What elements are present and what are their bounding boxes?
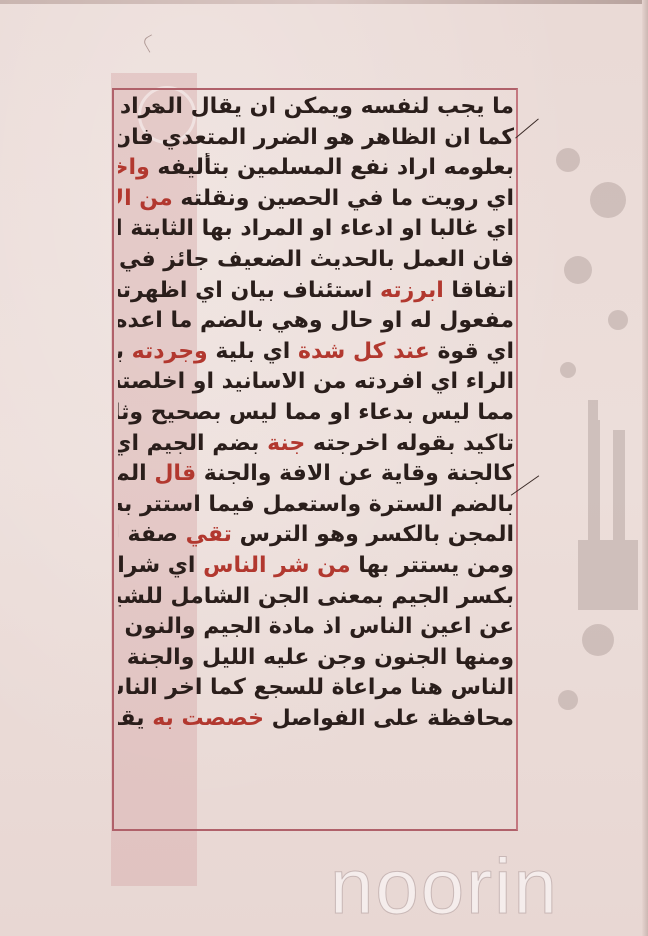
margin-pointer-line: [515, 118, 539, 138]
rubric-text: من شر الناس: [203, 553, 350, 578]
text-line: الناس هنا مراعاة للسجع كما اخر الناس في …: [118, 673, 514, 704]
body-text: الناس هنا مراعاة للسجع كما اخر الناس في …: [118, 675, 514, 700]
body-text: فان العمل بالحديث الضعيف جائز في فضائل ا…: [118, 247, 514, 272]
rubric-text: قال: [154, 461, 196, 486]
body-text: اي بلية: [208, 339, 298, 364]
body-text: بكسر الجيم بمعنى الجن الشامل للشياطين لت…: [118, 584, 514, 609]
text-line: ومن يستتر بها من شر الناس اي شرارهم والج…: [118, 551, 514, 582]
text-line: الراء اي افردته من الاسانيد او اخلصته من…: [118, 367, 514, 398]
page-top-edge: [0, 0, 648, 4]
body-text: ومن يستتر بها: [351, 553, 514, 578]
body-text: بضم الجيم اي حال كونه: [118, 431, 267, 456]
text-line: بكسر الجيم بمعنى الجن الشامل للشياطين لت…: [118, 582, 514, 613]
rubric-text: من الاحاديث الصحيحة: [118, 186, 173, 211]
rubric-text: ابرزته: [380, 278, 444, 303]
body-text: استئناف بيان اي اظهرته: [118, 278, 380, 303]
body-text: بعلومه اراد نفع المسلمين بتأليفه: [150, 155, 514, 180]
text-line: ومنها الجنون وجن عليه الليل والجنة مثلثة…: [118, 643, 514, 674]
text-line: اي رويت ما في الحصين ونقلته من الاحاديث …: [118, 184, 514, 215]
text-line: مفعول له او حال وهي بالضم ما اعده الانسا…: [118, 306, 514, 337]
body-text: كما ان الظاهر هو الضرر المتعدي فان الشيخ…: [118, 125, 514, 150]
body-text: بالضم السترة واستعمل فيما استتر به من سل…: [118, 492, 514, 517]
bleed-through-illustration: [538, 120, 648, 740]
rubric-text: واخرجته: [118, 155, 150, 180]
text-line: محافظة على الفواصل خصصت به يقال خص بكذا: [118, 704, 514, 735]
rubric-text: عند كل شدة: [298, 339, 430, 364]
body-text: المجن بالكسر وهو الترس: [232, 522, 514, 547]
body-text: مما ليس بدعاء او مما ليس بصحيح وثابت كذا…: [118, 400, 514, 425]
body-text: اي غالبا او ادعاء او المراد بها الثابتة …: [118, 216, 514, 241]
body-text: اتفاقا: [444, 278, 514, 303]
body-text: اي شرارهم والجنة: [118, 553, 203, 578]
text-line: فان العمل بالحديث الضعيف جائز في فضائل ا…: [118, 245, 514, 276]
rubric-text: تقي: [186, 522, 232, 547]
manuscript-text-block: ما يجب لنفسه ويمكن ان يقال المراد بها هن…: [118, 92, 514, 828]
rubric-text: خصصت به: [152, 706, 264, 731]
folio-mark: [142, 34, 159, 52]
text-line: عن اعين الناس اذ مادة الجيم والنون بمعنى…: [118, 612, 514, 643]
text-line: كالجنة وقاية عن الافة والجنة قال المؤلف …: [118, 459, 514, 490]
body-text: الراء اي افردته من الاسانيد او اخلصته من…: [118, 369, 514, 394]
body-text: بتشديد: [118, 339, 132, 364]
manuscript-page: ى ما يجب لنفسه ويمكن ان يقال المراد بها …: [0, 0, 648, 936]
text-line: مما ليس بدعاء او مما ليس بصحيح وثابت كذا…: [118, 398, 514, 429]
text-line: اي قوة عند كل شدة اي بلية وجردته بتشديد: [118, 337, 514, 368]
body-text: المؤلف الجنة: [118, 461, 154, 486]
body-text: محافظة على الفواصل: [264, 706, 514, 731]
text-line: تاكيد بقوله اخرجته جنة بضم الجيم اي حال …: [118, 429, 514, 460]
body-text: اي قوة: [430, 339, 514, 364]
brand-watermark: noorin: [330, 846, 648, 926]
rubric-text: جنة: [267, 431, 305, 456]
text-line: بالضم السترة واستعمل فيما استتر به من سل…: [118, 490, 514, 521]
text-line: كما ان الظاهر هو الضرر المتعدي فان الشيخ…: [118, 123, 514, 154]
text-line: بعلومه اراد نفع المسلمين بتأليفه واخرجته: [118, 153, 514, 184]
body-text: تاكيد بقوله اخرجته: [305, 431, 514, 456]
body-text: عن اعين الناس اذ مادة الجيم والنون بمعنى…: [118, 614, 514, 639]
text-line: ما يجب لنفسه ويمكن ان يقال المراد بها هن…: [118, 92, 514, 123]
text-line: المجن بالكسر وهو الترس تقي صفة لجنة اي ت…: [118, 520, 514, 551]
body-text: كالجنة وقاية عن الافة والجنة: [196, 461, 514, 486]
body-text: اي رويت ما في الحصين ونقلته: [173, 186, 514, 211]
text-line: اتفاقا ابرزته استئناف بيان اي اظهرته عدة: [118, 276, 514, 307]
rubric-text: وجردته: [132, 339, 208, 364]
text-line: اي غالبا او ادعاء او المراد بها الثابتة …: [118, 214, 514, 245]
body-text: مفعول له او حال وهي بالضم ما اعده الانسا…: [118, 308, 514, 333]
body-text: ما يجب لنفسه ويمكن ان يقال المراد بها هن…: [118, 94, 514, 119]
body-text: يقال خص بكذا: [118, 706, 152, 731]
body-text: صفة لجنة اي تحفظني: [118, 522, 186, 547]
body-text: ومنها الجنون وجن عليه الليل والجنة مثلثة…: [118, 645, 514, 670]
